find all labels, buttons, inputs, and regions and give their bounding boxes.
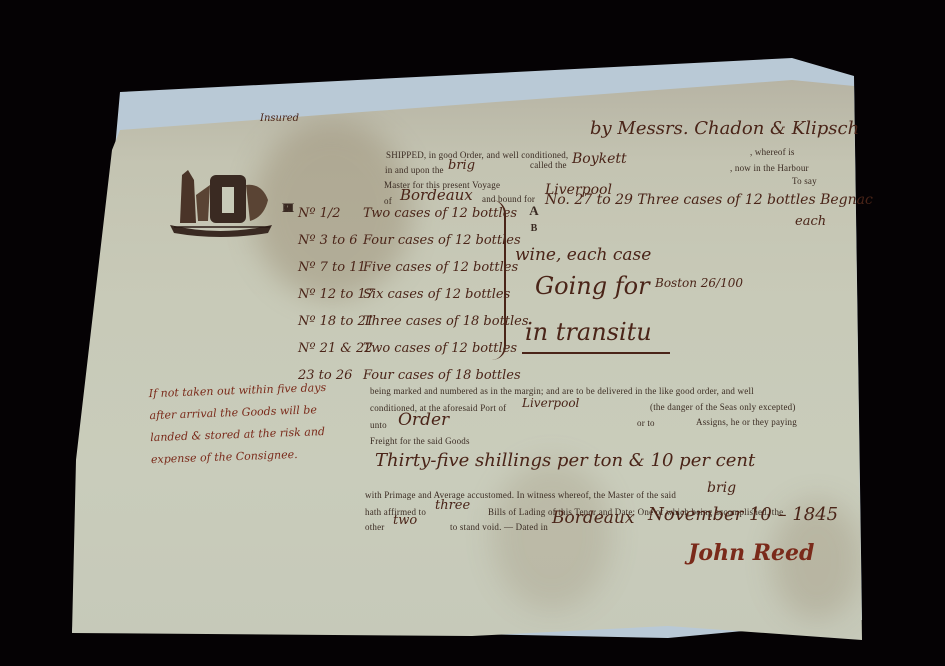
case-description: Four cases of 18 bottles — [363, 368, 521, 383]
primage-text: with Primage and Average accustomed. In … — [365, 490, 676, 500]
void-count: two — [393, 513, 417, 528]
cargo-brace — [490, 200, 506, 360]
marked-numbered-text: being marked and numbered as in the marg… — [370, 386, 754, 396]
date-place: Bordeaux — [552, 508, 634, 528]
case-numbers: Nº 21 & 22 — [298, 341, 373, 356]
right-cargo-line: No. 27 to 29 Three cases of 12 bottles B… — [545, 192, 873, 208]
harbour-label: , now in the Harbour — [730, 163, 809, 173]
margin-note: If not taken out within five days after … — [149, 381, 329, 475]
unto-label: unto — [370, 420, 387, 430]
in-transitu-underline — [522, 352, 670, 354]
projection-screen-photo: Insured SHIPPED, in good Order, and well… — [0, 0, 945, 666]
mark-letter: M — [282, 200, 294, 217]
stand-void-label: to stand void. — Dated in — [450, 522, 548, 532]
other-label: other — [365, 522, 385, 532]
right-mark-b: B — [528, 221, 540, 238]
shipped-opening: SHIPPED, in good Order, and well conditi… — [386, 150, 568, 160]
bills-count: three — [435, 498, 470, 513]
going-for: Going for — [535, 272, 650, 300]
case-numbers: Nº 3 to 6 — [298, 233, 357, 248]
ship-cargo-vignette-icon — [160, 155, 280, 240]
origin-port: Bordeaux — [400, 186, 473, 204]
right-cargo-each: each — [795, 214, 826, 229]
whereof-is-label: , whereof is — [750, 147, 795, 157]
freight-label: Freight for the said Goods — [370, 436, 470, 446]
vessel-type: brig — [448, 158, 475, 173]
case-numbers: Nº 1/2 — [298, 206, 341, 221]
consignee: Order — [398, 410, 449, 430]
case-numbers: Nº 7 to 11 — [298, 260, 366, 275]
right-mark-a: A — [528, 203, 540, 220]
upon-the-label: in and upon the — [385, 165, 444, 175]
assigns-label: Assigns, he or they paying — [696, 417, 797, 427]
in-transitu: in transitu — [525, 318, 652, 346]
wine-each-case: wine, each case — [515, 245, 651, 265]
boston-note: Boston 26/100 — [655, 276, 743, 290]
top-note: Insured — [260, 113, 299, 124]
master-signature: John Reed — [688, 540, 814, 566]
of-label: of — [384, 196, 392, 206]
shipper-name: by Messrs. Chadon & Klipsch — [590, 118, 859, 139]
destination-port-2: Liverpool — [522, 396, 579, 410]
paper-stain — [492, 460, 612, 610]
freight-rate: Thirty-five shillings per ton & 10 per c… — [375, 450, 755, 471]
or-to-label: or to — [637, 418, 655, 428]
called-the-label: called the — [530, 160, 567, 170]
case-description: Six cases of 12 bottles — [363, 287, 510, 302]
to-say-label: To say — [792, 176, 817, 186]
date-value: November 10 – 1845 — [648, 504, 838, 525]
danger-clause: (the danger of the Seas only excepted) — [650, 402, 796, 412]
vessel-name: Boykett — [572, 151, 627, 167]
vessel-type-2: brig — [707, 480, 736, 496]
